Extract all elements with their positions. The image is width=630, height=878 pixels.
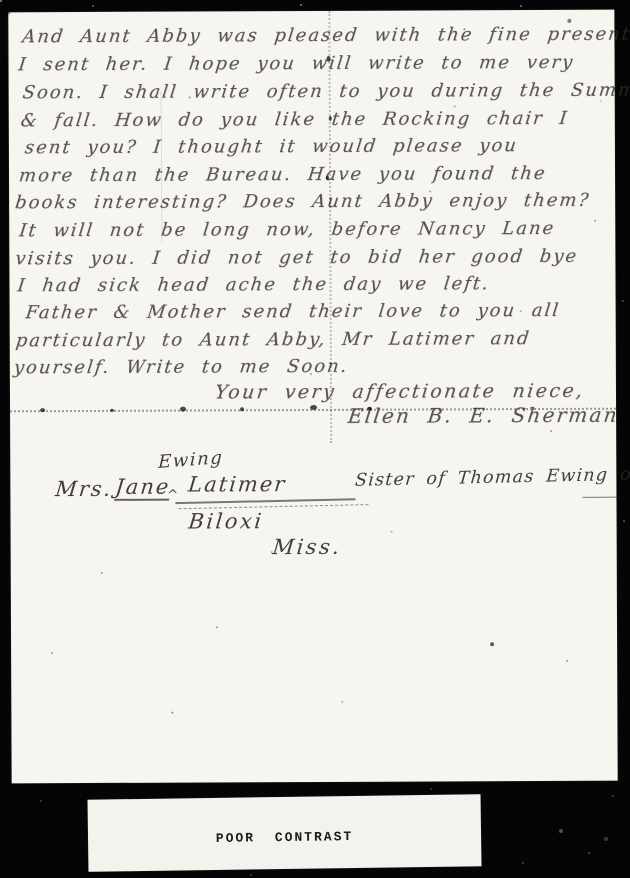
letter-line: visits you. I did not get to bid her goo… <box>14 246 579 269</box>
annotation-side-note: Sister of Thomas Ewing of Ohio <box>354 463 630 490</box>
ink-blot <box>310 405 317 410</box>
annotation-state: Miss. <box>271 535 342 559</box>
letter-line: And Aunt Abby was pleased with the fine … <box>21 24 630 48</box>
scanned-letter-document: And Aunt Abby was pleased with the fine … <box>0 0 630 878</box>
annotation-ohio-underline <box>582 497 618 498</box>
ink-blot <box>329 116 332 121</box>
annotation-first-name: Jane <box>114 475 172 501</box>
ink-blot <box>110 409 114 412</box>
scan-noise-background-specks <box>0 0 2 2</box>
letter-line: It will not be long now, before Nancy La… <box>18 218 556 241</box>
letter-line: particularly to Aunt Abby, Mr Latimer an… <box>15 328 532 351</box>
letter-line: sent you? I thought it would please you <box>24 135 519 158</box>
annotation-city: Biloxi <box>187 509 264 533</box>
ink-blot <box>240 407 244 411</box>
letter-closing: Your very affectionate niece, <box>214 380 586 404</box>
ink-blot <box>327 56 331 62</box>
letter-line: Soon. I shall write often to you during … <box>21 79 630 103</box>
annotation-prefix: Mrs. <box>54 477 113 501</box>
poor-contrast-slip: POOR CONTRAST <box>88 794 482 871</box>
ink-blot <box>326 176 329 180</box>
letter-line: I had sick head ache the day we left. <box>16 273 491 296</box>
scan-noise-paper-specks <box>8 12 10 14</box>
letter-line: Father & Mother send their love to you a… <box>24 300 561 323</box>
letter-line: more than the Bureau. Have you found the <box>18 163 548 186</box>
annotation-last-name: Latimer <box>187 472 287 496</box>
letter-line: yourself. Write to me Soon. <box>13 356 350 378</box>
letter-paper: And Aunt Abby was pleased with the fine … <box>8 10 617 784</box>
letter-line: I sent her. I hope you will write to me … <box>17 52 575 75</box>
annotation-underline <box>175 498 355 504</box>
letter-line: books interesting? Does Aunt Abby enjoy … <box>14 190 591 214</box>
letter-line: & fall. How do you like the Rocking chai… <box>20 108 570 131</box>
ink-blot <box>180 407 186 412</box>
ink-blot <box>367 407 372 411</box>
poor-contrast-label: POOR CONTRAST <box>216 829 354 846</box>
annotation-inserted-name: Ewing <box>158 447 224 473</box>
letter-signature: Ellen B. E. Sherman <box>347 403 621 428</box>
ink-blot <box>40 408 45 412</box>
